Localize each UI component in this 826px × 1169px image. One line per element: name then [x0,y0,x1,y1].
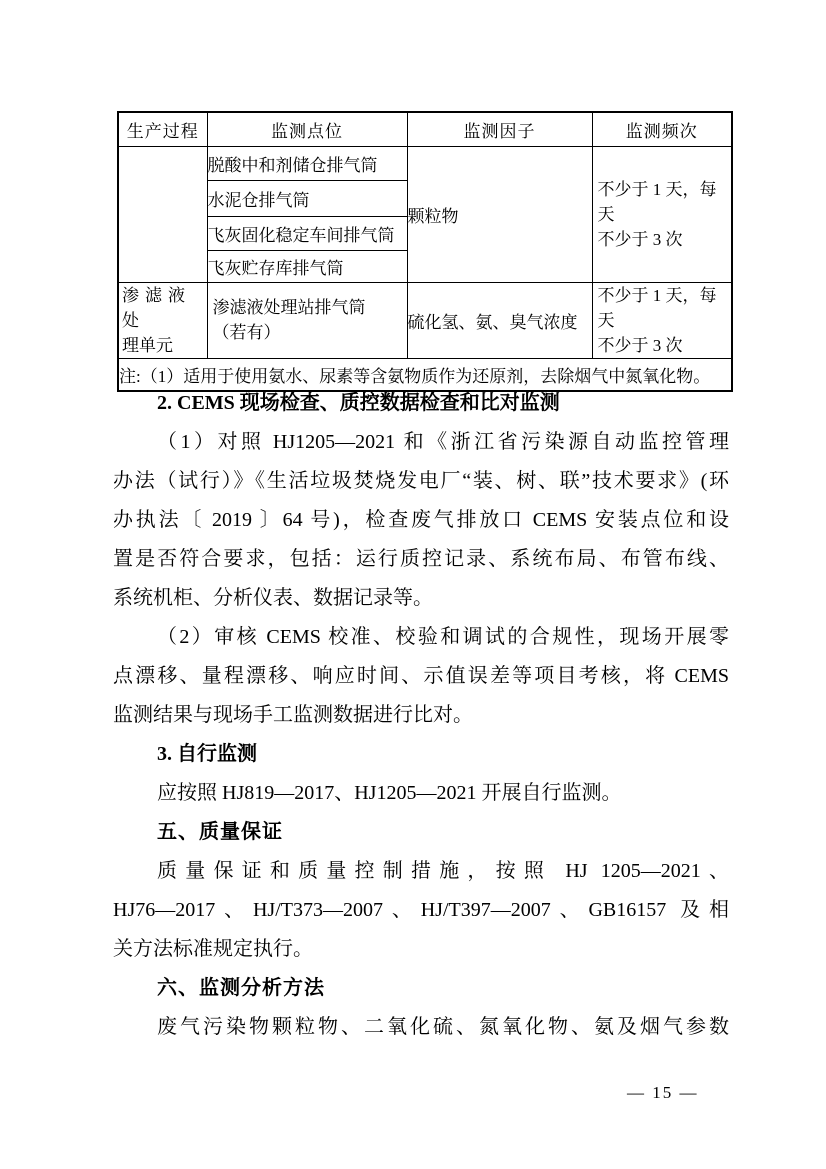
paragraph-6-line: 废气污染物颗粒物、二氧化硫、氮氧化物、氨及烟气参数 [113,1008,729,1047]
header-monitoring-factor: 监测因子 [407,112,592,146]
monitoring-table: 生产过程 监测点位 监测因子 监测频次 脱酸中和剂储仓排气筒 颗粒物 不少于 1… [117,111,733,392]
frequency-line: 不少于 3 次 [593,227,732,252]
section-2-heading: 2. CEMS 现场检查、质控数据检查和比对监测 [113,384,729,423]
header-monitoring-frequency: 监测频次 [592,112,732,146]
point-cell: 飞灰固化稳定车间排气筒 [207,216,407,250]
table-header-row: 生产过程 监测点位 监测因子 监测频次 [118,112,732,146]
paragraph-2-line: （2）审核 CEMS 校准、校验和调试的合规性，现场开展零 [113,618,729,657]
point-cell: 水泥仓排气筒 [207,180,407,216]
paragraph-5-line: 关方法标准规定执行。 [113,930,729,969]
paragraph-1-line: 置是否符合要求，包括：运行质控记录、系统布局、布管布线、 [113,540,729,579]
header-production-process: 生产过程 [118,112,207,146]
paragraph-2-line: 点漂移、量程漂移、响应时间、示值误差等项目考核，将 CEMS [113,657,729,696]
point-line: （若有） [208,320,407,345]
factor-cell: 硫化氢、氨、臭气浓度 [407,282,592,358]
paragraph-1-line: 办法（试行）》《生活垃圾焚烧发电厂“装、树、联”技术要求》(环 [113,462,729,501]
paragraph-2-line: 监测结果与现场手工监测数据进行比对。 [113,696,729,735]
page-number: — 15 — [627,1082,699,1104]
frequency-line: 不少于 3 次 [593,333,732,358]
table-row: 脱酸中和剂储仓排气筒 颗粒物 不少于 1 天，每天 不少于 3 次 [118,146,732,180]
paragraph-1-line: 系统机柜、分析仪表、数据记录等。 [113,579,729,618]
frequency-line: 不少于 1 天，每天 [593,283,732,333]
paragraph-3-line: 应按照 HJ819—2017、HJ1205—2021 开展自行监测。 [113,774,729,813]
paragraph-1-line: （1）对照 HJ1205—2021 和《浙江省污染源自动监控管理 [113,423,729,462]
frequency-cell: 不少于 1 天，每天 不少于 3 次 [592,282,732,358]
paragraph-5-line: 质量保证和质量控制措施，按照 HJ 1205—2021、 [113,852,729,891]
point-cell: 脱酸中和剂储仓排气筒 [207,146,407,180]
document-body: 2. CEMS 现场检查、质控数据检查和比对监测 （1）对照 HJ1205—20… [113,384,729,1047]
frequency-line: 不少于 1 天，每天 [593,177,732,227]
point-cell: 飞灰贮存库排气筒 [207,250,407,282]
section-5-heading: 五、质量保证 [113,813,729,852]
header-monitoring-point: 监测点位 [207,112,407,146]
section-6-heading: 六、监测分析方法 [113,969,729,1008]
frequency-cell: 不少于 1 天，每天 不少于 3 次 [592,146,732,282]
section-3-heading: 3. 自行监测 [113,735,729,774]
factor-cell: 颗粒物 [407,146,592,282]
paragraph-1-line: 办执法〔 2019 〕64 号)，检查废气排放口 CEMS 安装点位和设 [113,501,729,540]
document-page: 生产过程 监测点位 监测因子 监测频次 脱酸中和剂储仓排气筒 颗粒物 不少于 1… [0,0,826,1169]
paragraph-5-line: HJ76—2017、HJ/T373—2007、HJ/T397—2007、GB16… [113,891,729,930]
process-cell-empty [118,146,207,282]
process-line: 理单元 [119,333,207,358]
point-cell: 渗滤液处理站排气筒 （若有） [207,282,407,358]
process-line: 渗滤液处 [119,283,207,333]
table-row: 渗滤液处 理单元 渗滤液处理站排气筒 （若有） 硫化氢、氨、臭气浓度 不少于 1… [118,282,732,358]
process-cell-leachate: 渗滤液处 理单元 [118,282,207,358]
point-line: 渗滤液处理站排气筒 [208,295,407,320]
